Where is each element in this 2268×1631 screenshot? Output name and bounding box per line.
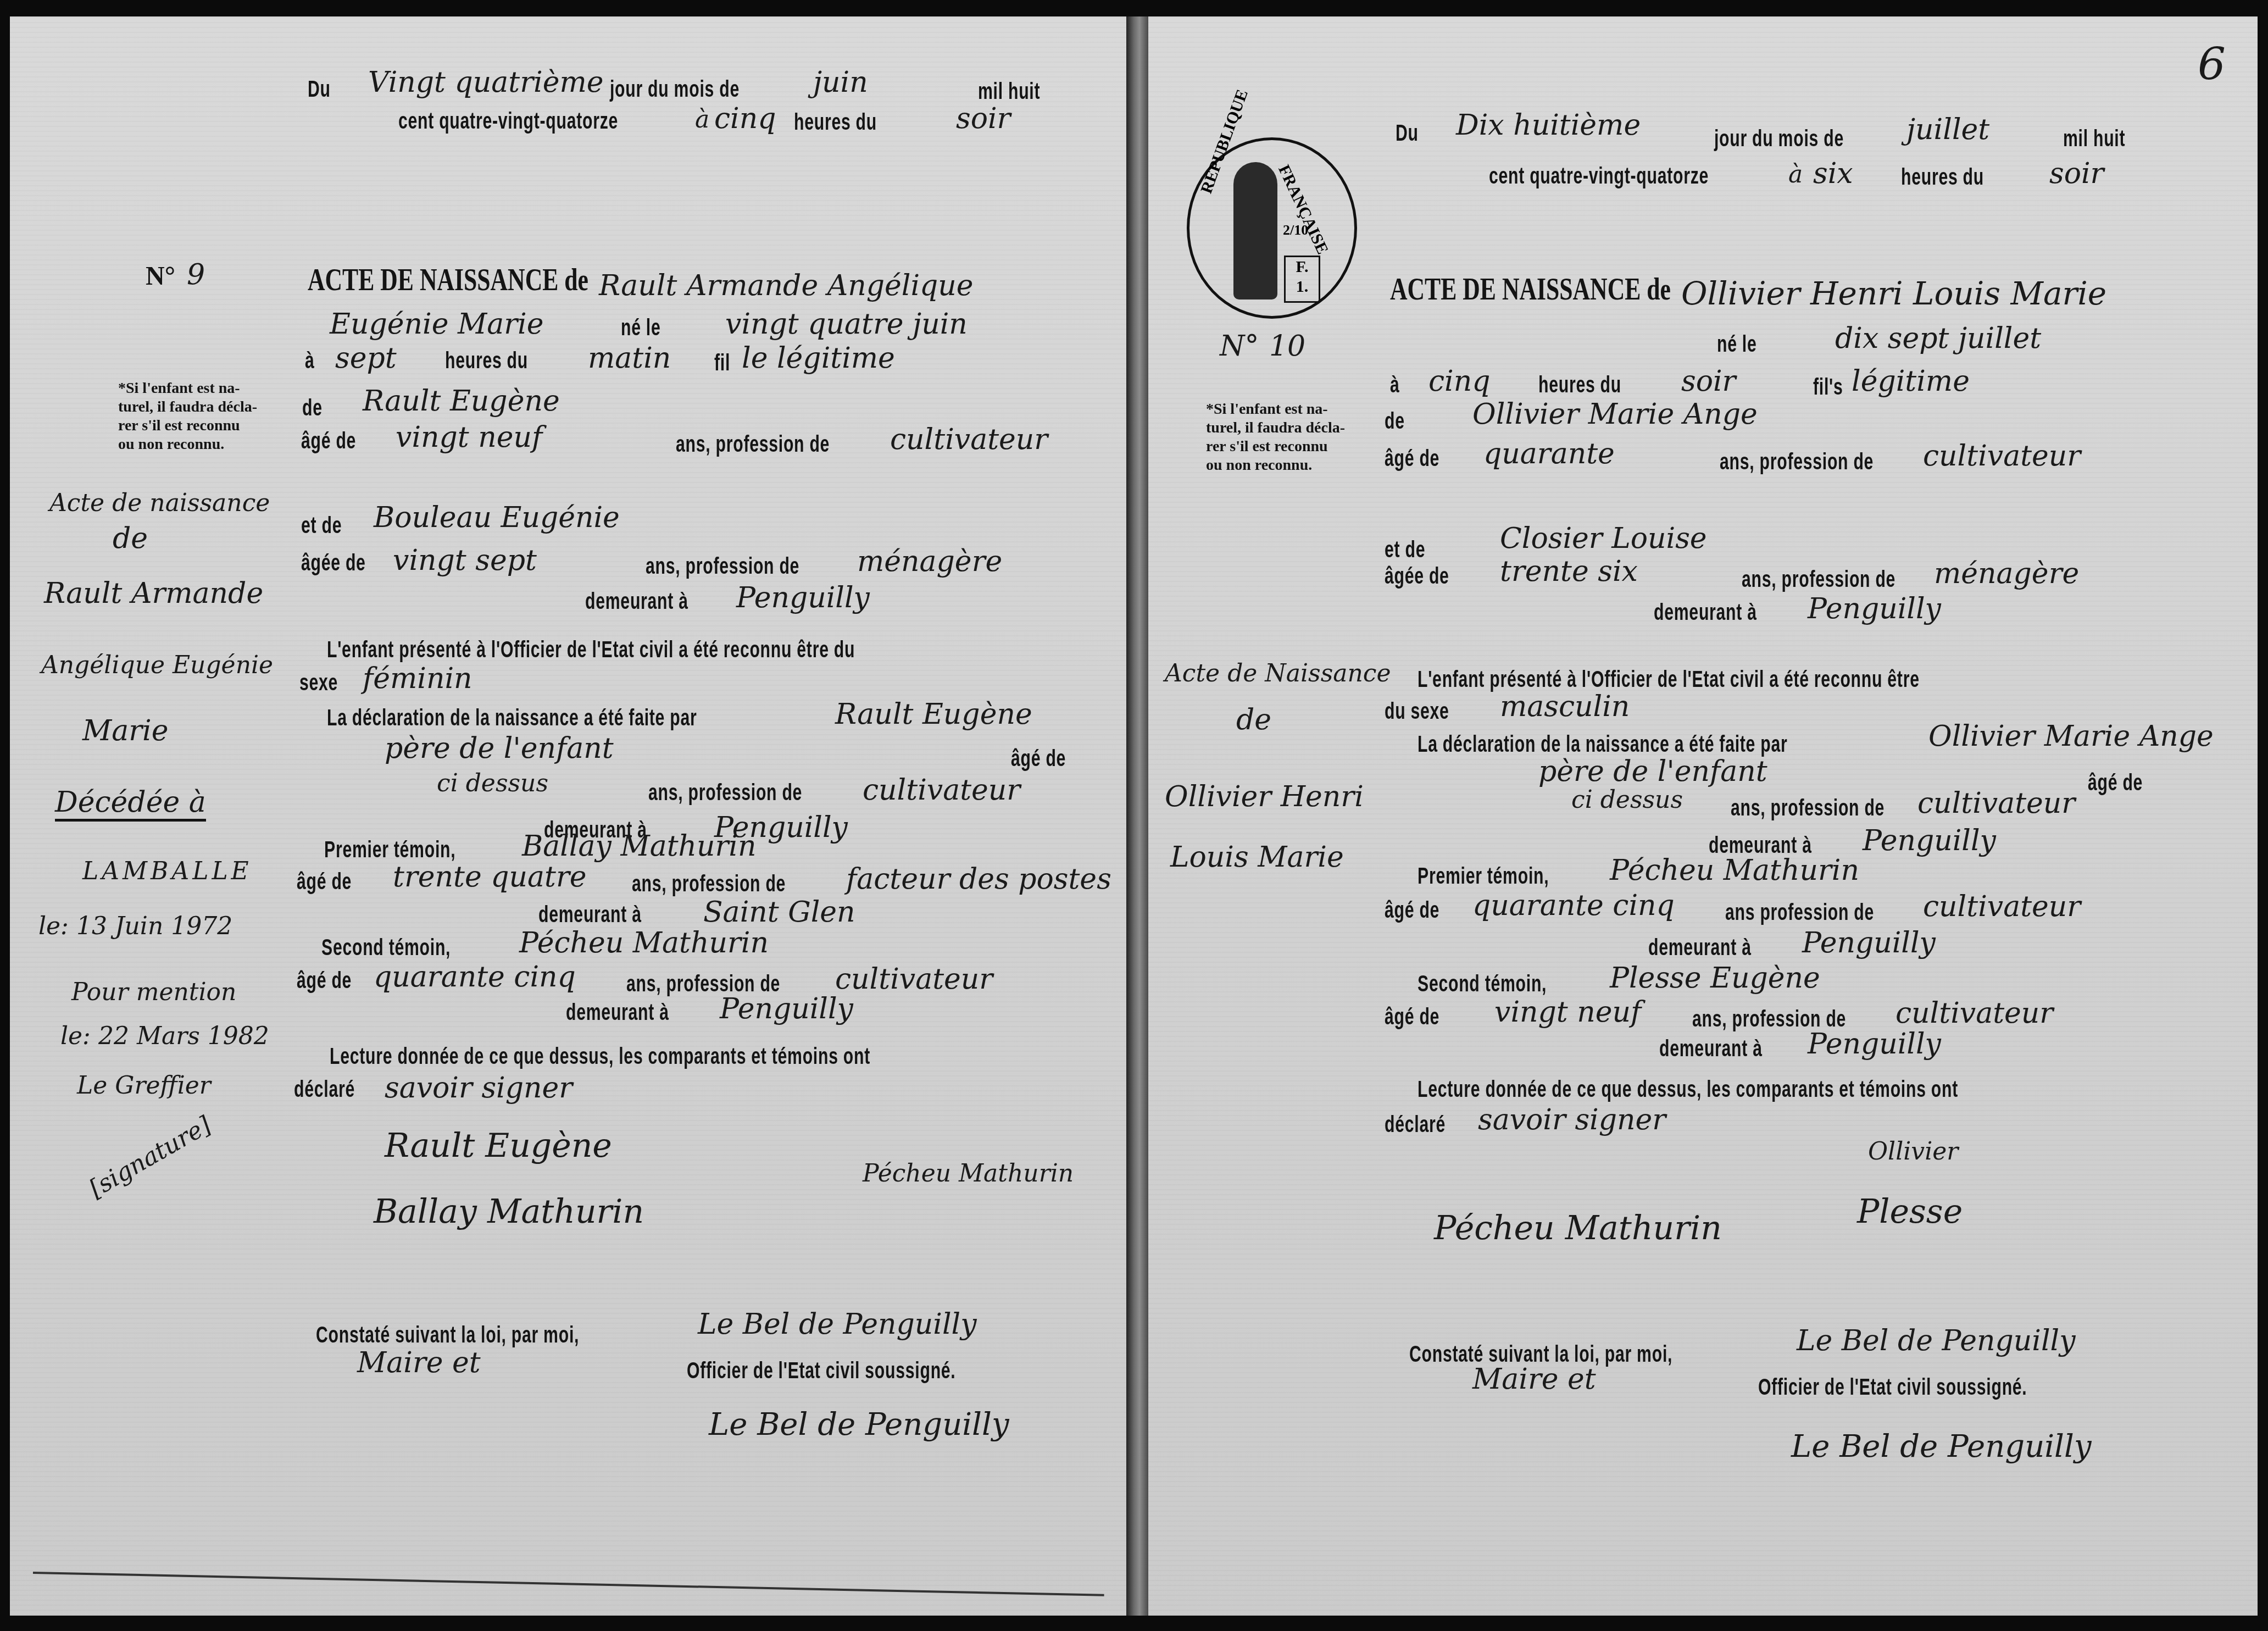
witness1-residence-label-right: demeurant à — [1648, 934, 1752, 961]
stamp-franc-value: 1. — [1286, 277, 1319, 297]
year-printed-right: cent quatre-vingt-quatorze — [1489, 163, 1709, 189]
act-number-label: N° — [146, 261, 175, 291]
child-name-line2: Eugénie Marie — [330, 308, 543, 341]
stamp-franc-label: F. — [1286, 257, 1319, 277]
father-label: de — [302, 395, 323, 421]
act-month: juin — [813, 66, 868, 99]
presented-text: L'enfant présenté à l'Officier de l'Etat… — [327, 636, 855, 663]
act-hour-right: six — [1813, 157, 1853, 190]
witness1-residence-right: Penguilly — [1802, 927, 1936, 959]
officer-text: Officier de l'Etat civil soussigné. — [687, 1357, 955, 1384]
declarant-relation-right: père de l'enfant — [1538, 755, 1767, 788]
officer-signature: Le Bel de Penguilly — [709, 1407, 1009, 1443]
birth-period-right: soir — [1681, 365, 1736, 398]
witness2-residence-label-right: demeurant à — [1659, 1035, 1763, 1062]
mother-name: Bouleau Eugénie — [374, 501, 620, 534]
act-number: 9 — [187, 258, 205, 291]
lecture-text: Lecture donnée de ce que dessus, les com… — [330, 1043, 870, 1069]
officer-name-right: Le Bel de Penguilly — [1797, 1324, 2076, 1357]
lecture-text-right: Lecture donnée de ce que dessus, les com… — [1417, 1076, 1958, 1102]
presented-text-right: L'enfant présenté à l'Officier de l'Etat… — [1417, 666, 1920, 692]
heures-du-label: heures du — [794, 109, 877, 135]
signature-right-3: Plesse — [1857, 1192, 1963, 1231]
heures-du-label-right-2: heures du — [1538, 371, 1621, 398]
declare-label: déclaré — [294, 1076, 355, 1102]
residence-label-right: demeurant à — [1654, 599, 1757, 625]
declaration-text: La déclaration de la naissance a été fai… — [327, 704, 697, 731]
witness1-name-right: Pécheu Mathurin — [1610, 854, 1859, 887]
year-printed: cent quatre-vingt-quatorze — [398, 108, 618, 134]
father-label-right: de — [1385, 408, 1405, 434]
officer-text-right: Officier de l'Etat civil soussigné. — [1758, 1374, 2027, 1400]
declare-value-right: savoir signer — [1478, 1103, 1666, 1136]
witness1-age-label: âgé de — [297, 868, 352, 895]
mil-huit-label: mil huit — [978, 78, 1040, 104]
declarant-prof-label-right: ans, profession de — [1731, 795, 1885, 821]
officer-name: Le Bel de Penguilly — [698, 1308, 977, 1341]
act-day-right: Dix huitième — [1456, 109, 1641, 142]
margin-note-line3: Rault Armande — [44, 577, 263, 610]
witness2-age: quarante cinq — [374, 961, 576, 994]
heures-du-label-right: heures du — [1901, 164, 1984, 190]
sexe-label: sexe — [299, 669, 338, 696]
declarant-age-label: âgé de — [1011, 745, 1066, 772]
witness1-prof-label-right: ans profession de — [1725, 899, 1874, 925]
declarant-age-right: ci dessus — [1571, 786, 1683, 814]
residence-label: demeurant à — [585, 588, 688, 614]
witness2-profession-right: cultivateur — [1895, 997, 2053, 1030]
death-date: le: 13 Juin 1972 — [38, 912, 232, 940]
act-month-right: juillet — [1906, 113, 1989, 146]
witness2-age-right: vingt neuf — [1494, 996, 1641, 1029]
heures-du-label-2: heures du — [445, 347, 528, 374]
father-name-right: Ollivier Marie Ange — [1472, 398, 1758, 431]
du-label: Du — [308, 76, 331, 102]
witness1-age-label-right: âgé de — [1385, 897, 1439, 923]
sexe-label-right: du sexe — [1385, 698, 1449, 724]
declarant-name: Rault Eugène — [835, 698, 1032, 731]
declarant-residence-right: Penguilly — [1863, 824, 1996, 857]
signature-2: Ballay Mathurin — [374, 1192, 644, 1231]
father-age-label: âgé de — [301, 428, 356, 454]
witness1-profession: facteur des postes — [846, 863, 1111, 896]
jour-du-mois-label: jour du mois de — [610, 76, 740, 102]
father-age: vingt neuf — [396, 421, 542, 454]
margin-note-line4: Angélique Eugénie — [41, 651, 273, 679]
act-period: soir — [956, 102, 1010, 135]
mother-age: vingt sept — [393, 544, 537, 577]
witness1-residence: Saint Glen — [703, 896, 855, 929]
witness2-residence-right: Penguilly — [1808, 1028, 1941, 1061]
mother-label: et de — [301, 512, 342, 539]
witness1-age: trente quatre — [393, 861, 587, 894]
a-label: à — [695, 106, 709, 134]
declarant-relation: père de l'enfant — [385, 732, 614, 765]
residence-right: Penguilly — [1808, 592, 1941, 625]
act-number-label-right: N° — [1220, 330, 1259, 363]
witness1-label: Premier témoin, — [324, 836, 455, 863]
a-label-right: à — [1788, 160, 1803, 188]
father-profession: cultivateur — [890, 423, 1048, 456]
margin-note-line1: Acte de naissance — [49, 489, 270, 517]
justice-figure-icon — [1233, 162, 1277, 299]
fils-label-right: fil's — [1813, 374, 1843, 400]
witness2-age-label-right: âgé de — [1385, 1003, 1439, 1030]
witness2-name: Pécheu Mathurin — [519, 927, 769, 959]
mother-age-label-right: âgée de — [1385, 563, 1449, 589]
footnote-natural-child: *Si l'enfant est na- turel, il faudra dé… — [118, 379, 257, 454]
sexe-value-right: masculin — [1500, 690, 1630, 723]
witness1-residence-label: demeurant à — [538, 901, 642, 928]
child-name-right: Ollivier Henri Louis Marie — [1681, 275, 2106, 312]
act-period-right: soir — [2049, 157, 2104, 190]
jour-du-mois-label-right: jour du mois de — [1714, 125, 1844, 152]
declarant-age-label-right: âgé de — [2088, 769, 2143, 796]
declarant-prof-label: ans, profession de — [648, 779, 802, 806]
stamp-value: 2/10 — [1283, 223, 1308, 238]
death-heading: Décédée à — [55, 786, 206, 822]
act-hour: cinq — [714, 102, 776, 135]
witness2-label-right: Second témoin, — [1417, 970, 1547, 997]
margin-note-right-line1: Acte de Naissance — [1165, 659, 1391, 687]
witness2-age-label: âgé de — [297, 967, 352, 994]
witness2-label: Second témoin, — [321, 934, 451, 961]
father-age-label-right: âgé de — [1385, 445, 1439, 471]
father-prof-label-right: ans, profession de — [1720, 448, 1874, 475]
margin-note-right-line3: Ollivier Henri — [1165, 780, 1364, 813]
declare-label-right: déclaré — [1385, 1111, 1446, 1138]
mother-profession-right: ménagère — [1934, 557, 2079, 590]
child-name-line1: Rault Armande Angélique — [599, 269, 974, 302]
mother-prof-label: ans, profession de — [646, 553, 799, 579]
ne-le-label: né le — [621, 314, 661, 341]
signature-right-2: Pécheu Mathurin — [1434, 1209, 1722, 1247]
father-profession-right: cultivateur — [1923, 440, 2081, 473]
maire-label: Maire et — [357, 1346, 481, 1379]
sexe-value: féminin — [363, 662, 472, 695]
fils-label: fil — [714, 349, 730, 376]
stamp-franc-box: F. 1. — [1284, 256, 1320, 303]
witness1-name: Ballay Mathurin — [522, 830, 757, 863]
acte-title: ACTE DE NAISSANCE de — [308, 263, 588, 298]
father-age-right: quarante — [1483, 437, 1615, 470]
father-prof-label: ans, profession de — [676, 431, 830, 457]
mother-label-right: et de — [1385, 536, 1425, 563]
act-number-right: 10 — [1269, 330, 1305, 363]
signature-right-1: Ollivier — [1868, 1138, 1958, 1166]
declarant-name-right: Ollivier Marie Ange — [1928, 720, 2214, 753]
constate-text: Constaté suivant la loi, par moi, — [316, 1322, 579, 1348]
act-day: Vingt quatrième — [368, 66, 604, 99]
witness2-residence: Penguilly — [720, 992, 853, 1025]
mother-name-right: Closier Louise — [1500, 522, 1707, 555]
mil-huit-label-right: mil huit — [2063, 125, 2125, 152]
father-name: Rault Eugène — [363, 385, 560, 418]
margin-note-right-line2: de — [1236, 703, 1271, 736]
birth-date-right: dix sept juillet — [1835, 322, 2041, 355]
mother-age-right: trente six — [1500, 555, 1638, 588]
birth-hour: sept — [335, 342, 397, 375]
mother-profession: ménagère — [857, 545, 1002, 578]
ne-le-label-right: né le — [1717, 331, 1757, 357]
stamp-text-francaise: FRANÇAISE — [1274, 162, 1332, 257]
declare-value: savoir signer — [385, 1072, 572, 1105]
margin-note-right-line4: Louis Marie — [1170, 841, 1344, 874]
witness1-prof-label: ans, profession de — [632, 870, 786, 897]
mention-date: le: 22 Mars 1982 — [60, 1022, 269, 1050]
a-heure-label-right: à — [1390, 371, 1400, 398]
mother-prof-label-right: ans, profession de — [1742, 566, 1895, 592]
witness2-residence-label: demeurant à — [566, 999, 669, 1025]
mother-age-label: âgée de — [301, 550, 366, 576]
greffier-label: Le Greffier — [77, 1072, 211, 1100]
birth-period: matin — [588, 342, 671, 375]
page-number: 6 — [2198, 38, 2226, 90]
witness1-label-right: Premier témoin, — [1417, 863, 1549, 889]
witness1-age-right: quarante cinq — [1472, 889, 1675, 922]
declarant-profession: cultivateur — [863, 774, 1020, 807]
fiscal-stamp: REPUBLIQUE FRANÇAISE 2/10 F. 1. — [1187, 137, 1357, 319]
a-heure-label: à — [305, 347, 315, 374]
declarant-age: ci dessus — [437, 769, 548, 797]
book-gutter — [1126, 16, 1148, 1616]
legitimacy-right: légitime — [1852, 365, 1970, 398]
birth-date: vingt quatre juin — [725, 308, 968, 341]
witness1-profession-right: cultivateur — [1923, 890, 2081, 923]
declarant-profession-right: cultivateur — [1917, 787, 2075, 820]
du-label-right: Du — [1396, 120, 1419, 146]
margin-note-line5: Marie — [82, 714, 169, 747]
birth-hour-right: cinq — [1428, 365, 1491, 398]
declaration-text-right: La déclaration de la naissance a été fai… — [1417, 731, 1787, 757]
margin-note-line2: de — [113, 522, 148, 555]
signature-1: Rault Eugène — [385, 1127, 612, 1165]
signature-3: Pécheu Mathurin — [863, 1160, 1074, 1188]
footnote-natural-child-right: *Si l'enfant est na- turel, il faudra dé… — [1206, 400, 1345, 475]
legitimacy: le légitime — [742, 342, 895, 375]
officer-signature-right: Le Bel de Penguilly — [1791, 1429, 2092, 1464]
residence: Penguilly — [736, 581, 870, 614]
mention-label: Pour mention — [71, 978, 236, 1006]
death-place: LAMBALLE — [82, 857, 252, 885]
witness2-profession: cultivateur — [835, 963, 993, 996]
maire-label-right: Maire et — [1472, 1363, 1596, 1396]
acte-title-right: ACTE DE NAISSANCE de — [1390, 272, 1671, 307]
witness2-name-right: Plesse Eugène — [1610, 962, 1820, 995]
